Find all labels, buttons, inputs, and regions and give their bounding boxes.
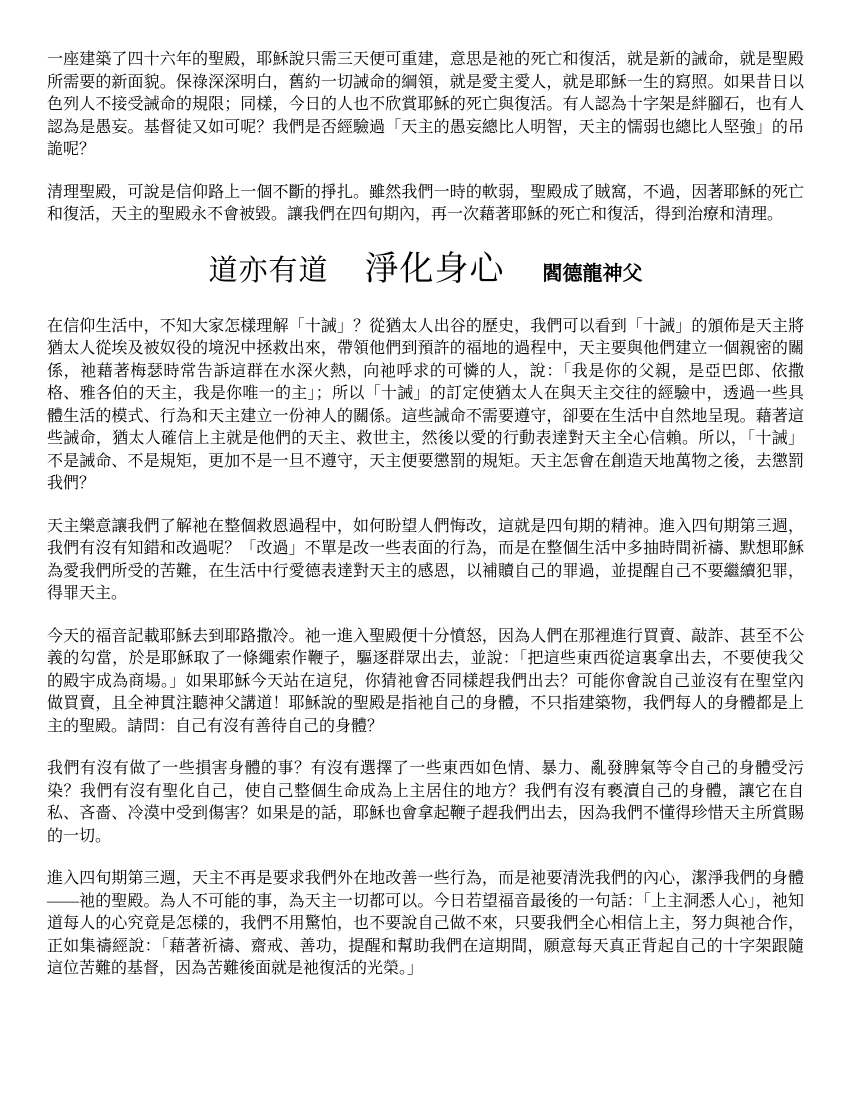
article-title: 道亦有道 淨化身心 閻德龍神父 (47, 247, 804, 296)
article-subject-title: 淨化身心 (365, 251, 505, 288)
intro-paragraph-cleansing-temple: 清理聖殿，可說是信仰路上一個不斷的掙扎。雖然我們一時的軟弱，聖殿成了賊窩，不過，… (47, 182, 804, 227)
body-paragraph-lent-repentance: 天主樂意讓我們了解祂在整個救恩過程中，如何盼望人們悔改，這就是四旬期的精神。進入… (47, 516, 804, 606)
body-paragraph-third-week-lent: 進入四旬期第三週，天主不再是要求我們外在地改善一些行為，而是祂要清洗我們的內心，… (47, 868, 804, 981)
intro-paragraph-temple-rebuilt: 一座建築了四十六年的聖殿，耶穌說只需三天便可重建，意思是祂的死亡和復活，就是新的… (47, 49, 804, 162)
body-paragraph-harming-body: 我們有沒有做了一些損害身體的事？有沒有選擇了一些東西如色情、暴力、亂發脾氣等令自… (47, 758, 804, 848)
document-page: 一座建築了四十六年的聖殿，耶穌說只需三天便可重建，意思是祂的死亡和復活，就是新的… (0, 0, 850, 1100)
body-paragraph-gospel-jerusalem: 今天的福音記載耶穌去到耶路撒冷。祂一進入聖殿便十分憤怒，因為人們在那裡進行買賣、… (47, 626, 804, 739)
author-name: 閻德龍神父 (543, 263, 643, 285)
column-name: 道亦有道 (208, 255, 328, 287)
body-paragraph-ten-commandments: 在信仰生活中，不知大家怎樣理解「十誡」？從猶太人出谷的歷史，我們可以看到「十誡」… (47, 316, 804, 496)
